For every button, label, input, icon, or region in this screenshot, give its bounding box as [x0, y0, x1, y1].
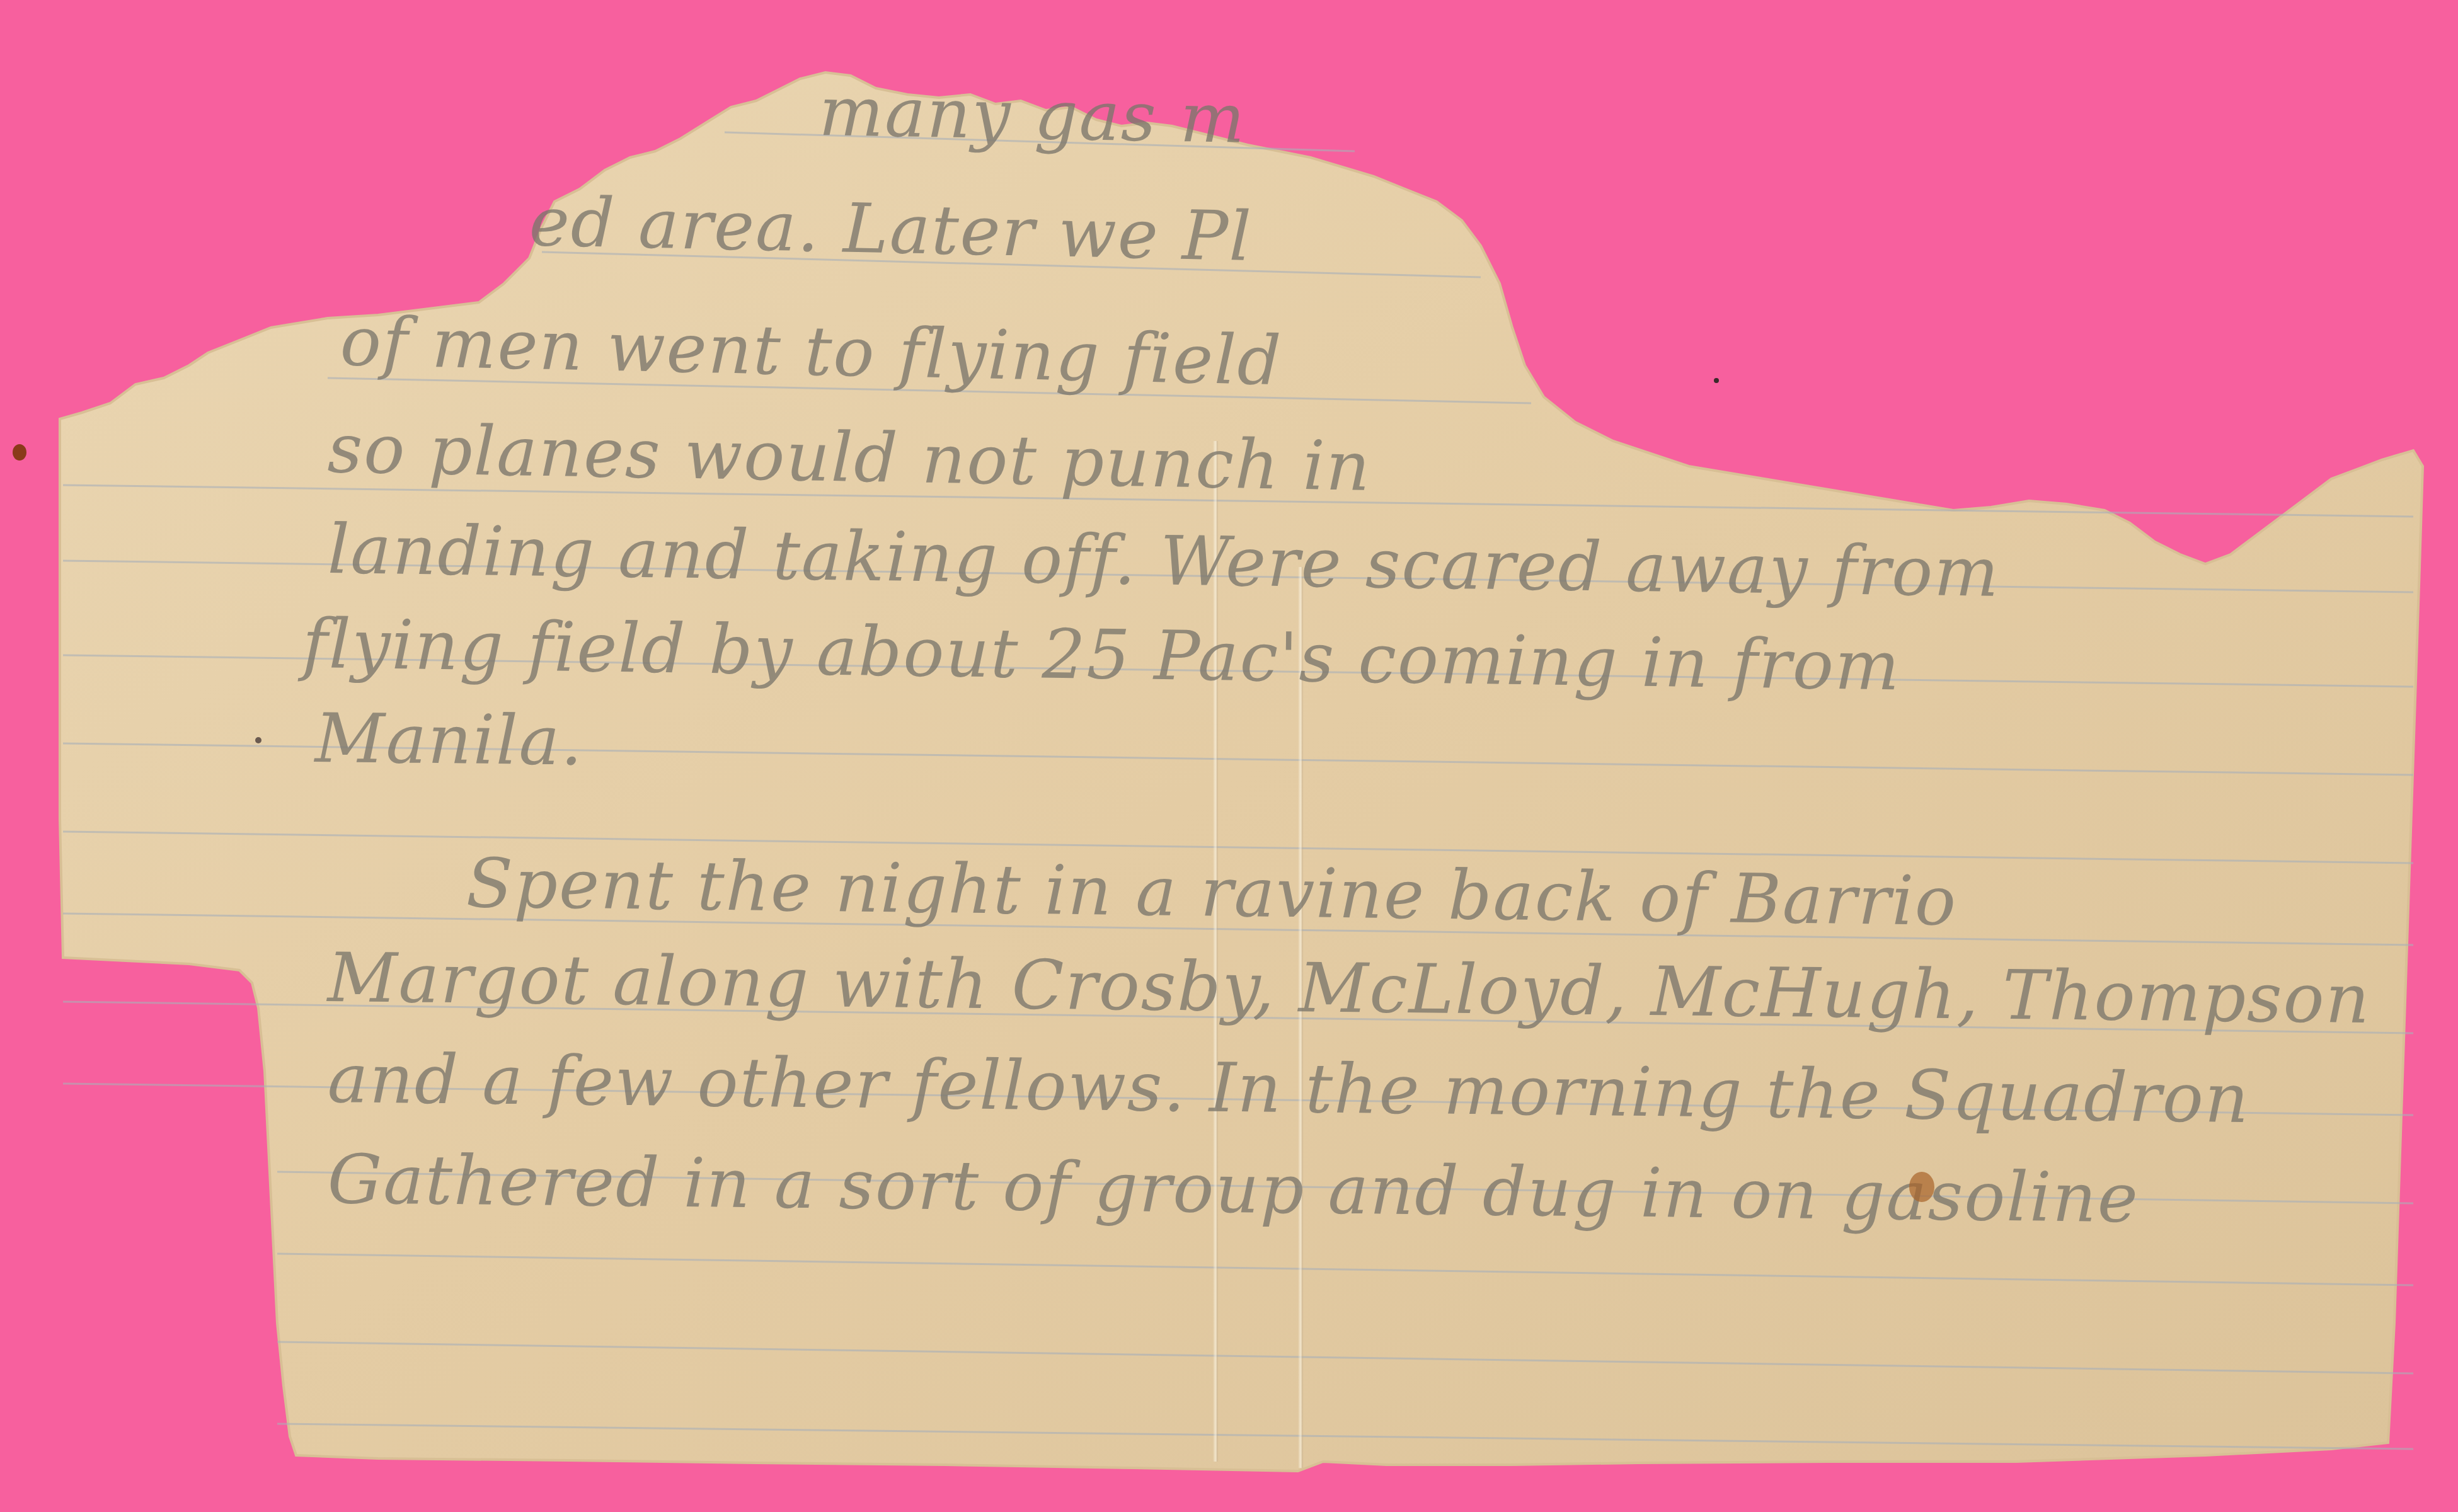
rust-stain [1909, 1172, 1934, 1202]
handwritten-line-7: Manila. [314, 699, 584, 781]
speck [13, 444, 26, 461]
torn-paper-fragment: many gas m ed area. Later we Pl of men w… [0, 0, 2458, 1512]
speck [1714, 378, 1719, 383]
handwritten-line-2: ed area. Later we Pl [529, 183, 1253, 277]
speck [255, 737, 261, 743]
handwritten-line-1: many gas m [818, 72, 1246, 159]
